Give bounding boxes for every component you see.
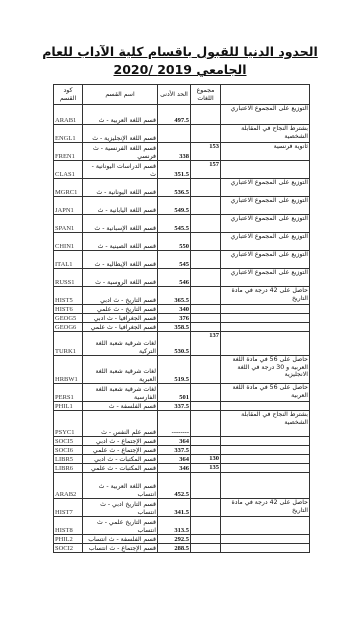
title-line-2: الجامعي 2019 /2020 bbox=[0, 61, 360, 79]
total-cell bbox=[191, 517, 221, 535]
total-cell bbox=[191, 437, 221, 446]
min-cell: 292.5 bbox=[158, 535, 191, 544]
note-cell bbox=[221, 446, 310, 455]
code-cell: ARAB2 bbox=[54, 473, 83, 499]
total-cell bbox=[191, 125, 221, 143]
total-cell bbox=[191, 305, 221, 314]
total-cell bbox=[191, 215, 221, 233]
admission-table: كود القسم اسم القسم الحد الأدنى مجموع ال… bbox=[53, 84, 310, 553]
code-cell: HIST5 bbox=[54, 287, 83, 305]
code-cell: PHIL2 bbox=[54, 535, 83, 544]
table-body: ARAB1قسم اللغة العربية - ث497.5التوزيع ع… bbox=[54, 105, 310, 553]
table-row: HIST5قسم التاريخ - ث ادبي365.5حاصل على 4… bbox=[54, 287, 310, 305]
name-cell: قسم اللغة الصينية - ث bbox=[83, 233, 158, 251]
note-cell: التوزيع على المجموع الاعتباري bbox=[221, 105, 310, 125]
name-cell: قسم اللغة اليابانية - ث bbox=[83, 197, 158, 215]
name-cell: قسم الفلسفة - ث انتساب bbox=[83, 535, 158, 544]
name-cell: قسم اللغة العربية - ث انتساب bbox=[83, 473, 158, 499]
document-title: الحدود الدنيا للقبول باقسام كلية الآداب … bbox=[0, 43, 360, 79]
total-cell bbox=[191, 323, 221, 332]
name-cell: قسم الدراسات اليونانية - ث bbox=[83, 161, 158, 179]
header-code: كود القسم bbox=[54, 85, 83, 105]
table-row: ENGL1قسم اللغة الإنجليزية - ثبشترط النجا… bbox=[54, 125, 310, 143]
name-cell: قسم الإجتماع - ث علمي bbox=[83, 446, 158, 455]
table-row: PHIL1قسم الفلسفة - ث337.5 bbox=[54, 402, 310, 411]
note-cell bbox=[221, 455, 310, 464]
table-row: ITAL1قسم اللغة الإيطالية - ث545التوزيع ع… bbox=[54, 251, 310, 269]
note-cell: حاصل على 42 درجة في مادة التاريخ bbox=[221, 287, 310, 305]
code-cell: PERS1 bbox=[54, 384, 83, 402]
min-cell bbox=[158, 125, 191, 143]
total-cell: 137 bbox=[191, 332, 221, 356]
table-row: PHIL2قسم الفلسفة - ث انتساب292.5 bbox=[54, 535, 310, 544]
code-cell: FREN1 bbox=[54, 143, 83, 161]
total-cell bbox=[191, 233, 221, 251]
min-cell: 501 bbox=[158, 384, 191, 402]
note-cell: ثانوية فرنسية bbox=[221, 143, 310, 161]
code-cell: CLAS1 bbox=[54, 161, 83, 179]
header-total: مجموع اللغات bbox=[191, 85, 221, 105]
code-cell: SOCI2 bbox=[54, 544, 83, 553]
total-cell bbox=[191, 446, 221, 455]
code-cell: PHIL1 bbox=[54, 402, 83, 411]
min-cell: 358.5 bbox=[158, 323, 191, 332]
min-cell: 337.5 bbox=[158, 446, 191, 455]
name-cell: قسم التاريخ علمي - ث انتساب bbox=[83, 517, 158, 535]
table-header-row: كود القسم اسم القسم الحد الأدنى مجموع ال… bbox=[54, 85, 310, 105]
note-cell: حاصل على 42 درجة في مادة التاريخ bbox=[221, 499, 310, 517]
min-cell: 546 bbox=[158, 269, 191, 287]
table-row: PSYC1قسم علم النفس - ث--------بشترط النج… bbox=[54, 411, 310, 437]
code-cell: LIBR6 bbox=[54, 464, 83, 473]
name-cell: قسم اللغة اليونانية - ث bbox=[83, 179, 158, 197]
min-cell: 364 bbox=[158, 455, 191, 464]
total-cell bbox=[191, 384, 221, 402]
name-cell: لغات شرقية شعبة اللغة التركية bbox=[83, 332, 158, 356]
table-row: CLAS1قسم الدراسات اليونانية - ث351.5157 bbox=[54, 161, 310, 179]
name-cell: قسم الفلسفة - ث bbox=[83, 402, 158, 411]
code-cell: HRBW1 bbox=[54, 356, 83, 384]
note-cell bbox=[221, 314, 310, 323]
table-row: ARAB2قسم اللغة العربية - ث انتساب452.5 bbox=[54, 473, 310, 499]
total-cell bbox=[191, 314, 221, 323]
name-cell: لغات شرقية شعبة اللغة العبرية bbox=[83, 356, 158, 384]
note-cell bbox=[221, 332, 310, 356]
name-cell: قسم التاريخ - ث علمي bbox=[83, 305, 158, 314]
name-cell: قسم اللغة الإيطالية - ث bbox=[83, 251, 158, 269]
code-cell: PSYC1 bbox=[54, 411, 83, 437]
table-row: SOCI2قسم الإجتماع - ث انتساب288.5 bbox=[54, 544, 310, 553]
code-cell: ARAB1 bbox=[54, 105, 83, 125]
code-cell: HIST7 bbox=[54, 499, 83, 517]
total-cell bbox=[191, 269, 221, 287]
note-cell bbox=[221, 161, 310, 179]
code-cell: LIBR5 bbox=[54, 455, 83, 464]
code-cell: TURK1 bbox=[54, 332, 83, 356]
min-cell: 545.5 bbox=[158, 215, 191, 233]
table-row: HIST8قسم التاريخ علمي - ث انتساب313.5 bbox=[54, 517, 310, 535]
table-row: JAPN1قسم اللغة اليابانية - ث549.5التوزيع… bbox=[54, 197, 310, 215]
code-cell: JAPN1 bbox=[54, 197, 83, 215]
note-cell: التوزيع على المجموع الاعتباري bbox=[221, 251, 310, 269]
min-cell: 337.5 bbox=[158, 402, 191, 411]
code-cell: ITAL1 bbox=[54, 251, 83, 269]
code-cell: RUSS1 bbox=[54, 269, 83, 287]
name-cell: قسم الإجتماع - ث ادبي bbox=[83, 437, 158, 446]
name-cell: قسم اللغة الروسية - ث bbox=[83, 269, 158, 287]
note-cell: التوزيع على المجموع الاعتباري bbox=[221, 197, 310, 215]
name-cell: قسم اللغة العربية - ث bbox=[83, 105, 158, 125]
table-row: SOCI6قسم الإجتماع - ث علمي337.5 bbox=[54, 446, 310, 455]
total-cell bbox=[191, 473, 221, 499]
note-cell bbox=[221, 544, 310, 553]
code-cell: ENGL1 bbox=[54, 125, 83, 143]
name-cell: لغات شرقية شعبة اللغة الفارسية bbox=[83, 384, 158, 402]
code-cell: HIST8 bbox=[54, 517, 83, 535]
total-cell bbox=[191, 499, 221, 517]
note-cell bbox=[221, 473, 310, 499]
table-row: LIBR5قسم المكتبات - ث ادبي364130 bbox=[54, 455, 310, 464]
total-cell bbox=[191, 197, 221, 215]
name-cell: قسم المكتبات - ث علمي bbox=[83, 464, 158, 473]
header-name: اسم القسم bbox=[83, 85, 158, 105]
name-cell: قسم الجغرافيا - ث ادبي bbox=[83, 314, 158, 323]
table-row: HIST6قسم التاريخ - ث علمي340 bbox=[54, 305, 310, 314]
table-row: GEOG5قسم الجغرافيا - ث ادبي376 bbox=[54, 314, 310, 323]
total-cell bbox=[191, 105, 221, 125]
table-row: PERS1لغات شرقية شعبة اللغة الفارسية501حا… bbox=[54, 384, 310, 402]
min-cell: 530.5 bbox=[158, 332, 191, 356]
code-cell: MGRC1 bbox=[54, 179, 83, 197]
total-cell: 153 bbox=[191, 143, 221, 161]
table-row: RUSS1قسم اللغة الروسية - ث546التوزيع على… bbox=[54, 269, 310, 287]
total-cell bbox=[191, 356, 221, 384]
table-row: HIST7قسم التاريخ ادبي - ث انتساب341.5حاص… bbox=[54, 499, 310, 517]
min-cell: 351.5 bbox=[158, 161, 191, 179]
min-cell: 376 bbox=[158, 314, 191, 323]
min-cell: 338 bbox=[158, 143, 191, 161]
min-cell: 549.5 bbox=[158, 197, 191, 215]
min-cell: 550 bbox=[158, 233, 191, 251]
min-cell: 519.5 bbox=[158, 356, 191, 384]
note-cell: بشترط النجاح في المقابلة الشخصية bbox=[221, 411, 310, 437]
note-cell bbox=[221, 437, 310, 446]
table-row: FREN1قسم اللغة الفرنسية - ث فرنسي338153ث… bbox=[54, 143, 310, 161]
min-cell: 288.5 bbox=[158, 544, 191, 553]
min-cell: 545 bbox=[158, 251, 191, 269]
min-cell: 346 bbox=[158, 464, 191, 473]
code-cell: HIST6 bbox=[54, 305, 83, 314]
table-row: ARAB1قسم اللغة العربية - ث497.5التوزيع ع… bbox=[54, 105, 310, 125]
name-cell: قسم اللغة الإنجليزية - ث bbox=[83, 125, 158, 143]
table-row: MGRC1قسم اللغة اليونانية - ث536.5التوزيع… bbox=[54, 179, 310, 197]
min-cell: -------- bbox=[158, 411, 191, 437]
total-cell bbox=[191, 287, 221, 305]
note-cell bbox=[221, 402, 310, 411]
table-row: GEOG6قسم الجغرافيا - ث علمي358.5 bbox=[54, 323, 310, 332]
name-cell: قسم اللغة الإسبانية - ث bbox=[83, 215, 158, 233]
name-cell: قسم الجغرافيا - ث علمي bbox=[83, 323, 158, 332]
title-line-1: الحدود الدنيا للقبول باقسام كلية الآداب … bbox=[0, 43, 360, 61]
code-cell: CHIN1 bbox=[54, 233, 83, 251]
note-cell: حاصل على 56 في مادة اللغة العربية bbox=[221, 384, 310, 402]
total-cell: 130 bbox=[191, 455, 221, 464]
table-row: SOCI5قسم الإجتماع - ث ادبي364 bbox=[54, 437, 310, 446]
name-cell: قسم الإجتماع - ث انتساب bbox=[83, 544, 158, 553]
code-cell: SPAN1 bbox=[54, 215, 83, 233]
code-cell: SOCI5 bbox=[54, 437, 83, 446]
min-cell: 364 bbox=[158, 437, 191, 446]
note-cell: حاصل على 56 في مادة اللغة العربية و 30 د… bbox=[221, 356, 310, 384]
note-cell: التوزيع على المجموع الاعتباري bbox=[221, 269, 310, 287]
name-cell: قسم التاريخ - ث ادبي bbox=[83, 287, 158, 305]
note-cell: بشترط النجاح في المقابلة الشخصية bbox=[221, 125, 310, 143]
min-cell: 340 bbox=[158, 305, 191, 314]
min-cell: 313.5 bbox=[158, 517, 191, 535]
min-cell: 365.5 bbox=[158, 287, 191, 305]
total-cell bbox=[191, 251, 221, 269]
header-min: الحد الأدنى bbox=[158, 85, 191, 105]
min-cell: 497.5 bbox=[158, 105, 191, 125]
table-row: CHIN1قسم اللغة الصينية - ث550التوزيع على… bbox=[54, 233, 310, 251]
note-cell bbox=[221, 517, 310, 535]
name-cell: قسم التاريخ ادبي - ث انتساب bbox=[83, 499, 158, 517]
min-cell: 341.5 bbox=[158, 499, 191, 517]
code-cell: SOCI6 bbox=[54, 446, 83, 455]
name-cell: قسم علم النفس - ث bbox=[83, 411, 158, 437]
min-cell: 536.5 bbox=[158, 179, 191, 197]
note-cell bbox=[221, 305, 310, 314]
note-cell bbox=[221, 323, 310, 332]
name-cell: قسم المكتبات - ث ادبي bbox=[83, 455, 158, 464]
note-cell bbox=[221, 535, 310, 544]
note-cell: التوزيع على المجموع الاعتباري bbox=[221, 215, 310, 233]
total-cell bbox=[191, 544, 221, 553]
total-cell bbox=[191, 411, 221, 437]
table-row: TURK1لغات شرقية شعبة اللغة التركية530.51… bbox=[54, 332, 310, 356]
total-cell bbox=[191, 402, 221, 411]
total-cell bbox=[191, 179, 221, 197]
name-cell: قسم اللغة الفرنسية - ث فرنسي bbox=[83, 143, 158, 161]
table-row: LIBR6قسم المكتبات - ث علمي346135 bbox=[54, 464, 310, 473]
min-cell: 452.5 bbox=[158, 473, 191, 499]
note-cell: التوزيع على المجموع الاعتباري bbox=[221, 233, 310, 251]
code-cell: GEOG5 bbox=[54, 314, 83, 323]
header-note bbox=[221, 85, 310, 105]
total-cell: 157 bbox=[191, 161, 221, 179]
total-cell bbox=[191, 535, 221, 544]
table-row: HRBW1لغات شرقية شعبة اللغة العبرية519.5ح… bbox=[54, 356, 310, 384]
code-cell: GEOG6 bbox=[54, 323, 83, 332]
total-cell: 135 bbox=[191, 464, 221, 473]
table-row: SPAN1قسم اللغة الإسبانية - ث545.5التوزيع… bbox=[54, 215, 310, 233]
note-cell: التوزيع على المجموع الاعتباري bbox=[221, 179, 310, 197]
note-cell bbox=[221, 464, 310, 473]
